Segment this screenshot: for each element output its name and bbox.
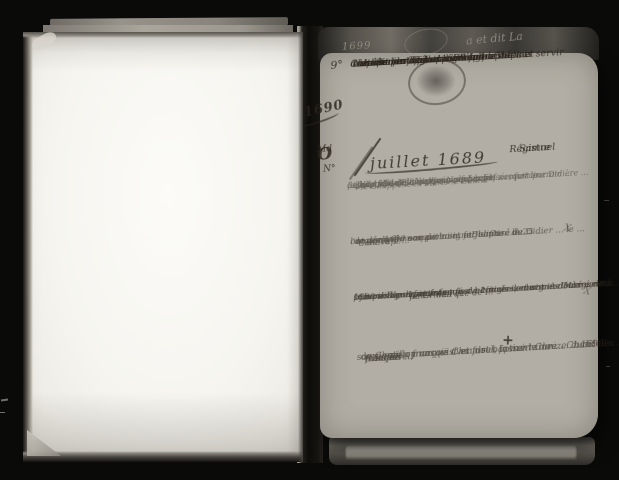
page-edge bbox=[23, 32, 33, 462]
signature: Collard ... bbox=[358, 236, 401, 249]
margin-md: Md bbox=[317, 144, 333, 155]
film-scratch bbox=[0, 412, 5, 413]
signature: Chardel ... bbox=[365, 352, 413, 365]
folio-number: 9° bbox=[330, 58, 343, 72]
handwriting-layer: 9° 1690 Md O N° Cotté et paraffé ... par… bbox=[318, 39, 617, 439]
baptism-entry: François,fils de Pierre Chaudrel et de .… bbox=[357, 339, 607, 353]
edge-year-label: 1699 bbox=[342, 40, 372, 53]
baptism-entry: Marguerite... de françois Jouvenin labou… bbox=[353, 279, 603, 293]
handwritten-line: le dernier Xbre ... bbox=[359, 54, 445, 71]
scanned-register-spread: 1699 a et dit La 9° 1690 Md O N° Cotté e… bbox=[0, 0, 619, 480]
signature: de Crillan ... bbox=[409, 289, 463, 302]
date-heading: juillet 1689 bbox=[369, 148, 486, 173]
page-edge bbox=[23, 32, 303, 38]
margin-number-label: N° bbox=[323, 164, 336, 175]
film-scratch bbox=[604, 200, 609, 201]
left-blank-page bbox=[23, 32, 303, 462]
page-edge bbox=[23, 451, 303, 462]
cross-mark: + bbox=[502, 332, 515, 349]
signature: Samuel bbox=[519, 142, 556, 155]
margin-annotation: Md O bbox=[317, 144, 333, 165]
film-scratch bbox=[1, 399, 8, 402]
baptism-entry: Didier,fils de Henry ...din et de ... sa… bbox=[350, 223, 600, 237]
page-edge bbox=[298, 32, 303, 462]
bottom-page-edges bbox=[329, 437, 595, 465]
ink-mark: X bbox=[582, 285, 591, 297]
